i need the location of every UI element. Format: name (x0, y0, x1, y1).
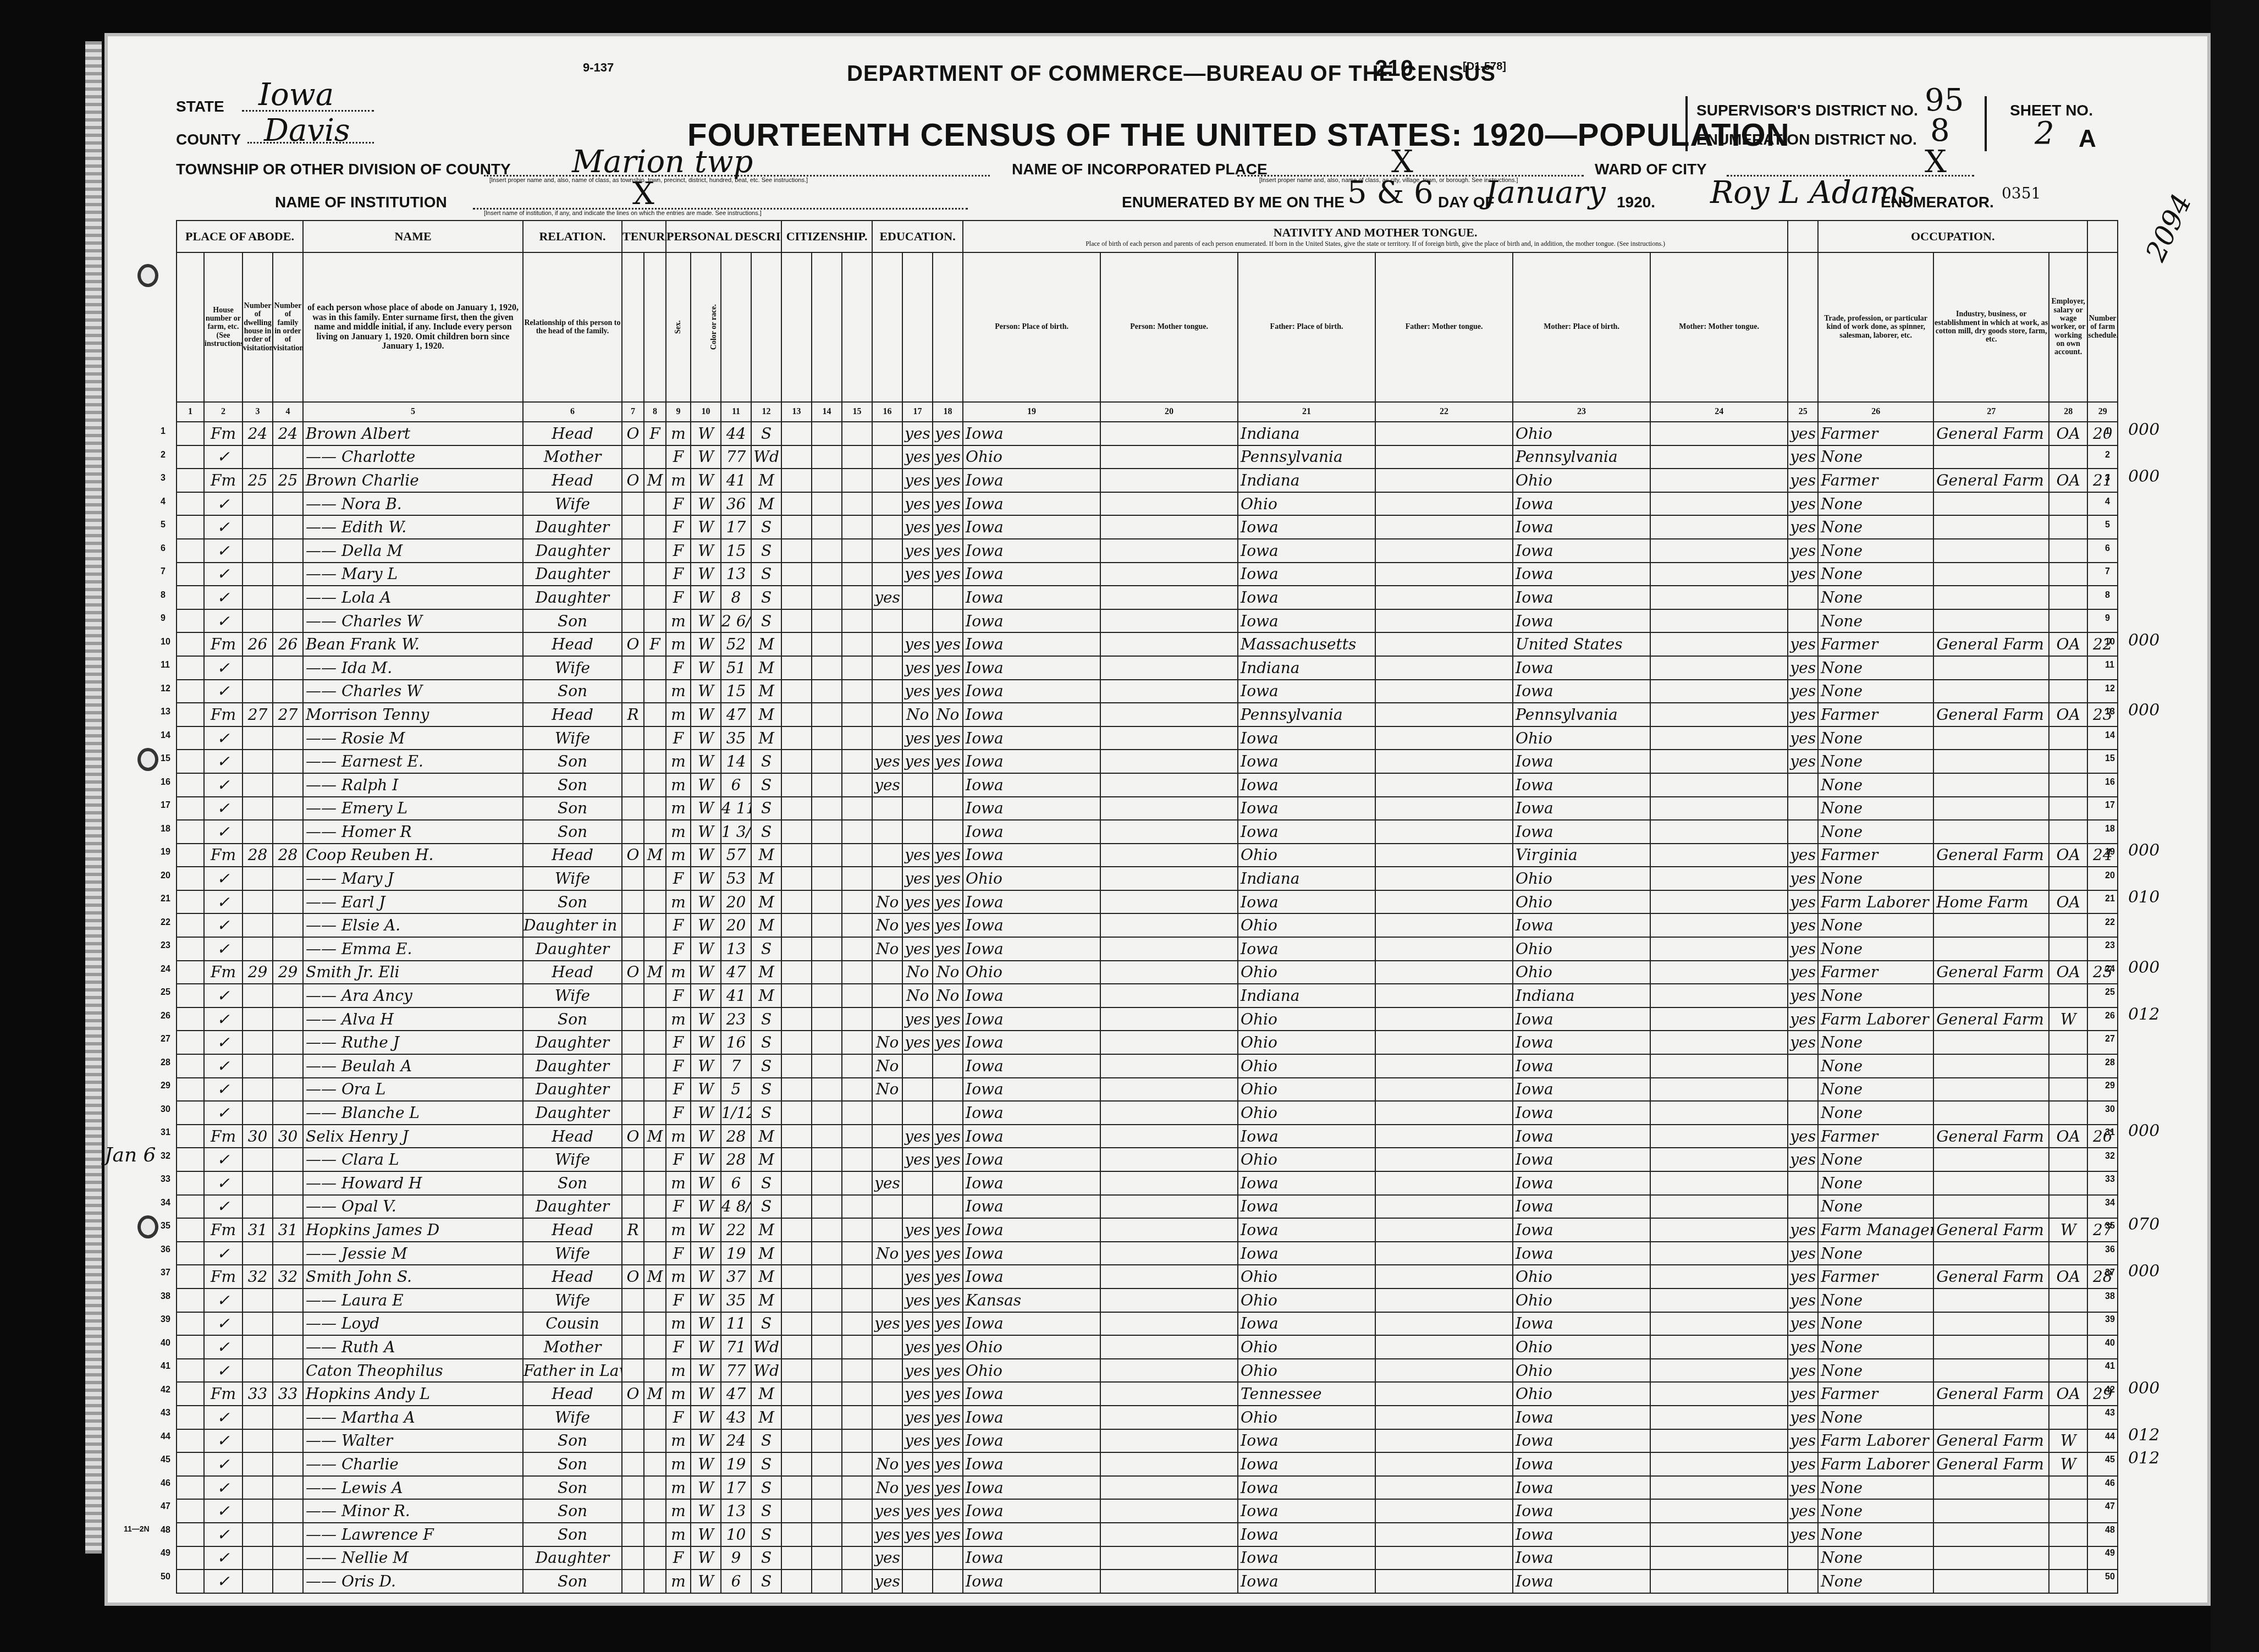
mother-tongue-cell (1100, 445, 1238, 469)
mother-tongue-cell (1100, 961, 1238, 984)
speaks-english-cell (1788, 773, 1818, 797)
relation-cell: Wife (523, 492, 622, 516)
punch-hole-icon (137, 264, 158, 287)
can-read-cell: yes (902, 937, 933, 961)
trade-cell: Farm Laborer (1818, 1007, 1933, 1031)
relation-cell: Wife (523, 867, 622, 890)
sex-cell: F (666, 913, 691, 937)
line-number: 13 (161, 707, 170, 717)
house-number-cell: ✓ (204, 1499, 243, 1523)
family-number-cell (273, 913, 303, 937)
line-number: 47 (2105, 1502, 2115, 1512)
speaks-english-cell (1788, 1078, 1818, 1102)
mortgage-cell (644, 1429, 666, 1453)
naturalization-year-cell (842, 1171, 872, 1195)
employment-class-cell (2049, 867, 2087, 890)
mortgage-cell (644, 1242, 666, 1265)
col-20-label: Person: Mother tongue. (1100, 252, 1238, 402)
employment-class-cell (2049, 656, 2087, 680)
line-number: 6 (161, 544, 166, 554)
mother-mother-tongue-cell (1650, 1242, 1788, 1265)
race-cell: W (691, 632, 721, 656)
mother-mother-tongue-cell (1650, 1195, 1788, 1219)
person-name-cell: Selix Henry J (303, 1125, 523, 1148)
line-number: 45 (161, 1455, 170, 1465)
mother-mother-tongue-cell (1650, 422, 1788, 445)
table-row: ✓—— Lola ADaughterFW8SyesIowaIowaIowaNon… (177, 586, 2118, 609)
age-cell: 28 (721, 1125, 751, 1148)
mother-tongue-cell (1100, 1125, 1238, 1148)
mother-mother-tongue-cell (1650, 492, 1788, 516)
line-number: 35 (161, 1221, 170, 1231)
marital-status-cell: M (751, 1382, 781, 1406)
speaks-english-cell: yes (1788, 1312, 1818, 1336)
age-cell: 53 (721, 867, 751, 890)
farm-schedule-cell: 20 (2087, 422, 2118, 445)
relation-cell: Head (523, 1265, 622, 1288)
person-name-cell: —— Emma E. (303, 937, 523, 961)
can-read-cell: No (902, 703, 933, 726)
marital-status-cell: M (751, 492, 781, 516)
birthplace-cell: Iowa (963, 1148, 1100, 1171)
street-cell (177, 984, 204, 1007)
speaks-english-cell: yes (1788, 492, 1818, 516)
table-row: ✓—— Howard HSonmW6SyesIowaIowaIowaNone (177, 1171, 2118, 1195)
naturalized-cell (812, 1218, 842, 1242)
father-birthplace-cell: Ohio (1238, 913, 1375, 937)
relation-cell: Son (523, 1476, 622, 1500)
col-25-label: Whether able to speak English. (1788, 252, 1818, 402)
naturalized-cell (812, 609, 842, 633)
immigration-year-cell (781, 867, 812, 890)
dwelling-number-cell (243, 726, 273, 750)
father-birthplace-cell: Iowa (1238, 1312, 1375, 1336)
mother-mother-tongue-cell (1650, 1078, 1788, 1102)
line-number: 24 (161, 965, 170, 974)
birthplace-cell: Iowa (963, 1101, 1100, 1125)
industry-cell: Home Farm (1933, 890, 2049, 914)
immigration-year-cell (781, 445, 812, 469)
race-cell: W (691, 1429, 721, 1453)
street-cell (177, 867, 204, 890)
age-cell: 52 (721, 632, 751, 656)
family-number-cell (273, 1476, 303, 1500)
can-read-cell: yes (902, 1312, 933, 1336)
line-number: 44 (2105, 1432, 2115, 1442)
mortgage-cell: F (644, 632, 666, 656)
dwelling-number-cell (243, 563, 273, 586)
stamp-number: 210 (1375, 55, 1413, 81)
dwelling-number-cell (243, 867, 273, 890)
naturalized-cell (812, 1148, 842, 1171)
farm-schedule-cell (2087, 445, 2118, 469)
farm-margin-code: 000 (2128, 1262, 2159, 1281)
mortgage-cell: M (644, 1265, 666, 1288)
mother-mother-tongue-cell (1650, 844, 1788, 867)
street-cell (177, 539, 204, 563)
father-mother-tongue-cell (1375, 1195, 1513, 1219)
mortgage-cell (644, 492, 666, 516)
farm-margin-code: 000 (2128, 1379, 2159, 1398)
house-number-cell: ✓ (204, 1406, 243, 1429)
home-owned-cell (622, 890, 644, 914)
birthplace-cell: Iowa (963, 1382, 1100, 1406)
age-cell: 6 (721, 1171, 751, 1195)
dwelling-number-cell (243, 1007, 273, 1031)
immigration-year-cell (781, 422, 812, 445)
sex-cell: m (666, 632, 691, 656)
street-cell (177, 1359, 204, 1383)
father-birthplace-cell: Iowa (1238, 726, 1375, 750)
line-number: 49 (2105, 1549, 2115, 1559)
line-number: 37 (161, 1268, 170, 1278)
sex-cell: m (666, 469, 691, 492)
line-number: 37 (2105, 1268, 2115, 1278)
table-row: ✓—— Della MDaughterFW15SyesyesIowaIowaIo… (177, 539, 2118, 563)
attended-school-cell: No (872, 1078, 902, 1102)
birthplace-cell: Iowa (963, 469, 1100, 492)
sex-cell: m (666, 1429, 691, 1453)
street-cell (177, 1078, 204, 1102)
naturalized-cell (812, 1078, 842, 1102)
mother-tongue-cell (1100, 1101, 1238, 1125)
house-number-cell: ✓ (204, 726, 243, 750)
marital-status-cell: S (751, 1171, 781, 1195)
marital-status-cell: S (751, 1546, 781, 1570)
mother-tongue-cell (1100, 1476, 1238, 1500)
group-citizenship: CITIZENSHIP. (781, 221, 872, 252)
immigration-year-cell (781, 1148, 812, 1171)
race-cell: W (691, 1476, 721, 1500)
sex-cell: F (666, 539, 691, 563)
table-row: ✓—— Beulah ADaughterFW7SNoIowaOhioIowaNo… (177, 1054, 2118, 1078)
group-relation: RELATION. (523, 221, 622, 252)
father-birthplace-cell: Ohio (1238, 844, 1375, 867)
age-cell: 17 (721, 1476, 751, 1500)
race-cell: W (691, 469, 721, 492)
trade-cell: None (1818, 1476, 1933, 1500)
mother-birthplace-cell: Iowa (1513, 1031, 1650, 1054)
mother-mother-tongue-cell (1650, 1523, 1788, 1546)
naturalization-year-cell (842, 844, 872, 867)
can-write-cell (933, 1546, 963, 1570)
father-birthplace-cell: Ohio (1238, 961, 1375, 984)
line-number: 7 (161, 567, 166, 577)
can-read-cell: yes (902, 515, 933, 539)
line-number: 50 (161, 1572, 170, 1582)
birthplace-cell: Iowa (963, 680, 1100, 703)
father-birthplace-cell: Iowa (1238, 1218, 1375, 1242)
family-number-cell (273, 1452, 303, 1476)
can-read-cell: yes (902, 1476, 933, 1500)
mother-mother-tongue-cell (1650, 515, 1788, 539)
birthplace-cell: Iowa (963, 890, 1100, 914)
line-number: 32 (161, 1152, 170, 1161)
table-row: ✓—— Ida M.WifeFW51MyesyesIowaIndianaIowa… (177, 656, 2118, 680)
naturalization-year-cell (842, 1312, 872, 1336)
dwelling-number-cell (243, 1476, 273, 1500)
immigration-year-cell (781, 1382, 812, 1406)
speaks-english-cell: yes (1788, 1452, 1818, 1476)
immigration-year-cell (781, 750, 812, 773)
mortgage-cell (644, 1359, 666, 1383)
col-number: 19 (963, 402, 1100, 422)
sex-cell: F (666, 1242, 691, 1265)
mother-birthplace-cell: Ohio (1513, 422, 1650, 445)
line-number: 2 (161, 450, 166, 460)
race-cell: W (691, 563, 721, 586)
street-cell (177, 726, 204, 750)
dwelling-number-cell: 24 (243, 422, 273, 445)
naturalized-cell (812, 961, 842, 984)
can-write-cell: yes (933, 563, 963, 586)
family-number-cell (273, 1288, 303, 1312)
relation-cell: Daughter (523, 937, 622, 961)
trade-cell: Farmer (1818, 632, 1933, 656)
house-number-cell: ✓ (204, 1288, 243, 1312)
mother-birthplace-cell: Iowa (1513, 515, 1650, 539)
trade-cell: None (1818, 750, 1933, 773)
race-cell: W (691, 1265, 721, 1288)
line-number: 4 (161, 497, 166, 507)
age-cell: 77 (721, 1359, 751, 1383)
speaks-english-cell: yes (1788, 1288, 1818, 1312)
street-cell (177, 1429, 204, 1453)
father-birthplace-cell: Ohio (1238, 1007, 1375, 1031)
house-number-cell: ✓ (204, 750, 243, 773)
naturalized-cell (812, 1288, 842, 1312)
house-number-cell: ✓ (204, 1007, 243, 1031)
table-row: ✓—— Ruthe JDaughterFW16SNoyesyesIowaOhio… (177, 1031, 2118, 1054)
father-mother-tongue-cell (1375, 539, 1513, 563)
mother-mother-tongue-cell (1650, 445, 1788, 469)
col-21-label: Father: Place of birth. (1238, 252, 1375, 402)
can-read-cell (902, 586, 933, 609)
immigration-year-cell (781, 1054, 812, 1078)
street-cell (177, 586, 204, 609)
line-number: 46 (2105, 1479, 2115, 1489)
mother-tongue-cell (1100, 1242, 1238, 1265)
attended-school-cell (872, 492, 902, 516)
mother-mother-tongue-cell (1650, 1101, 1788, 1125)
col-number: 12 (751, 402, 781, 422)
street-cell (177, 1218, 204, 1242)
immigration-year-cell (781, 984, 812, 1007)
line-number: 13 (2105, 707, 2115, 717)
mother-birthplace-cell: Iowa (1513, 656, 1650, 680)
person-name-cell: —— Ida M. (303, 656, 523, 680)
attended-school-cell (872, 961, 902, 984)
mother-mother-tongue-cell (1650, 773, 1788, 797)
family-number-cell (273, 515, 303, 539)
naturalized-cell (812, 1171, 842, 1195)
race-cell: W (691, 609, 721, 633)
col-17-label: Whether able to read. (902, 252, 933, 402)
table-row: ✓—— Edith W.DaughterFW17SyesyesIowaIowaI… (177, 515, 2118, 539)
table-row: ✓—— LoydCousinmW11SyesyesyesIowaIowaIowa… (177, 1312, 2118, 1336)
mortgage-cell: M (644, 961, 666, 984)
speaks-english-cell: yes (1788, 1476, 1818, 1500)
sex-cell: m (666, 1007, 691, 1031)
naturalization-year-cell (842, 961, 872, 984)
trade-cell: None (1818, 913, 1933, 937)
supervisor-label: SUPERVISOR'S DISTRICT NO. (1696, 102, 1918, 119)
industry-cell: General Farm (1933, 1452, 2049, 1476)
birthplace-cell: Iowa (963, 1312, 1100, 1336)
attended-school-cell (872, 820, 902, 844)
mother-birthplace-cell: Ohio (1513, 726, 1650, 750)
mother-birthplace-cell: Iowa (1513, 1499, 1650, 1523)
employment-class-cell (2049, 539, 2087, 563)
line-number: 12 (2105, 684, 2115, 694)
trade-cell: Farm Laborer (1818, 890, 1933, 914)
family-number-cell (273, 1335, 303, 1359)
can-write-cell (933, 1054, 963, 1078)
immigration-year-cell (781, 797, 812, 821)
speaks-english-cell: yes (1788, 680, 1818, 703)
marital-status-cell: S (751, 820, 781, 844)
naturalization-year-cell (842, 1242, 872, 1265)
street-cell (177, 1265, 204, 1288)
line-number: 19 (161, 847, 170, 857)
can-write-cell (933, 1171, 963, 1195)
house-number-cell: ✓ (204, 867, 243, 890)
father-mother-tongue-cell (1375, 445, 1513, 469)
mother-tongue-cell (1100, 563, 1238, 586)
naturalization-year-cell (842, 1078, 872, 1102)
mother-birthplace-cell: Pennsylvania (1513, 703, 1650, 726)
relation-cell: Son (523, 820, 622, 844)
group-occupation: OCCUPATION. (1818, 221, 2087, 252)
col-8-label: If owned, free or mortgaged. (644, 252, 666, 402)
dwelling-number-cell (243, 492, 273, 516)
naturalized-cell (812, 422, 842, 445)
race-cell: W (691, 1054, 721, 1078)
line-number: 38 (161, 1292, 170, 1302)
relation-cell: Son (523, 890, 622, 914)
family-number-cell (273, 1359, 303, 1383)
immigration-year-cell (781, 1570, 812, 1593)
person-name-cell: —— Charles W (303, 609, 523, 633)
home-owned-cell (622, 586, 644, 609)
can-write-cell: No (933, 961, 963, 984)
immigration-year-cell (781, 1125, 812, 1148)
race-cell: W (691, 515, 721, 539)
col-number: 23 (1513, 402, 1650, 422)
age-cell: 41 (721, 469, 751, 492)
family-number-cell: 33 (273, 1382, 303, 1406)
family-number-cell (273, 609, 303, 633)
can-read-cell: yes (902, 1242, 933, 1265)
trade-cell: None (1818, 937, 1933, 961)
home-owned-cell (622, 1406, 644, 1429)
naturalization-year-cell (842, 422, 872, 445)
family-number-cell (273, 445, 303, 469)
mortgage-cell (644, 703, 666, 726)
form-number: 9-137 (583, 60, 614, 75)
street-cell (177, 1171, 204, 1195)
line-number: 10 (2105, 637, 2115, 647)
line-number: 29 (161, 1081, 170, 1091)
sex-cell: F (666, 1078, 691, 1102)
employment-class-cell (2049, 984, 2087, 1007)
mother-tongue-cell (1100, 1031, 1238, 1054)
population-schedule-table: PLACE OF ABODE. NAME RELATION. TENURE. P… (176, 220, 2118, 1594)
birthplace-cell: Iowa (963, 1546, 1100, 1570)
father-birthplace-cell: Iowa (1238, 1499, 1375, 1523)
industry-cell: General Farm (1933, 1265, 2049, 1288)
can-read-cell: yes (902, 1452, 933, 1476)
immigration-year-cell (781, 1546, 812, 1570)
form-code: [D1-578] (1463, 60, 1506, 73)
attended-school-cell: No (872, 1242, 902, 1265)
sex-cell: m (666, 1125, 691, 1148)
street-cell (177, 1007, 204, 1031)
line-number: 49 (161, 1549, 170, 1559)
relation-cell: Head (523, 844, 622, 867)
institution-label: NAME OF INSTITUTION (275, 194, 447, 211)
age-cell: 13 (721, 937, 751, 961)
naturalized-cell (812, 773, 842, 797)
father-mother-tongue-cell (1375, 1288, 1513, 1312)
county-label: COUNTY (176, 131, 241, 148)
naturalization-year-cell (842, 1101, 872, 1125)
dwelling-number-cell: 27 (243, 703, 273, 726)
race-cell: W (691, 913, 721, 937)
employment-class-cell (2049, 563, 2087, 586)
home-owned-cell (622, 726, 644, 750)
table-row: ✓—— CharlieSonmW19SNoyesyesIowaIowaIoway… (177, 1452, 2118, 1476)
relation-cell: Mother (523, 1335, 622, 1359)
col-16-label: Attended school any time since Sept. 1, … (872, 252, 902, 402)
col-14-label: Naturalized or alien. (812, 252, 842, 402)
sex-cell: F (666, 937, 691, 961)
immigration-year-cell (781, 703, 812, 726)
employment-class-cell (2049, 913, 2087, 937)
mother-tongue-cell (1100, 632, 1238, 656)
house-number-cell: ✓ (204, 586, 243, 609)
person-name-cell: —— Lawrence F (303, 1523, 523, 1546)
immigration-year-cell (781, 890, 812, 914)
line-number: 16 (161, 778, 170, 788)
mother-tongue-cell (1100, 1546, 1238, 1570)
sex-cell: F (666, 492, 691, 516)
trade-cell: None (1818, 1171, 1933, 1195)
home-owned-cell: O (622, 1125, 644, 1148)
age-cell: 22 (721, 1218, 751, 1242)
can-read-cell (902, 773, 933, 797)
relation-cell: Head (523, 961, 622, 984)
home-owned-cell (622, 797, 644, 821)
can-write-cell: yes (933, 726, 963, 750)
line-number: 32 (2105, 1152, 2115, 1161)
trade-cell: None (1818, 1148, 1933, 1171)
house-number-cell: ✓ (204, 1452, 243, 1476)
can-write-cell: yes (933, 1312, 963, 1336)
line-number: 8 (161, 591, 166, 601)
birthplace-cell: Iowa (963, 609, 1100, 633)
person-name-cell: —— Della M (303, 539, 523, 563)
house-number-cell: ✓ (204, 680, 243, 703)
line-number: 34 (161, 1198, 170, 1208)
speaks-english-cell: yes (1788, 913, 1818, 937)
dwelling-number-cell: 26 (243, 632, 273, 656)
line-number: 43 (2105, 1408, 2115, 1418)
age-cell: 24 (721, 1429, 751, 1453)
line-number: 45 (2105, 1455, 2115, 1465)
relation-cell: Head (523, 422, 622, 445)
person-name-cell: Hopkins James D (303, 1218, 523, 1242)
